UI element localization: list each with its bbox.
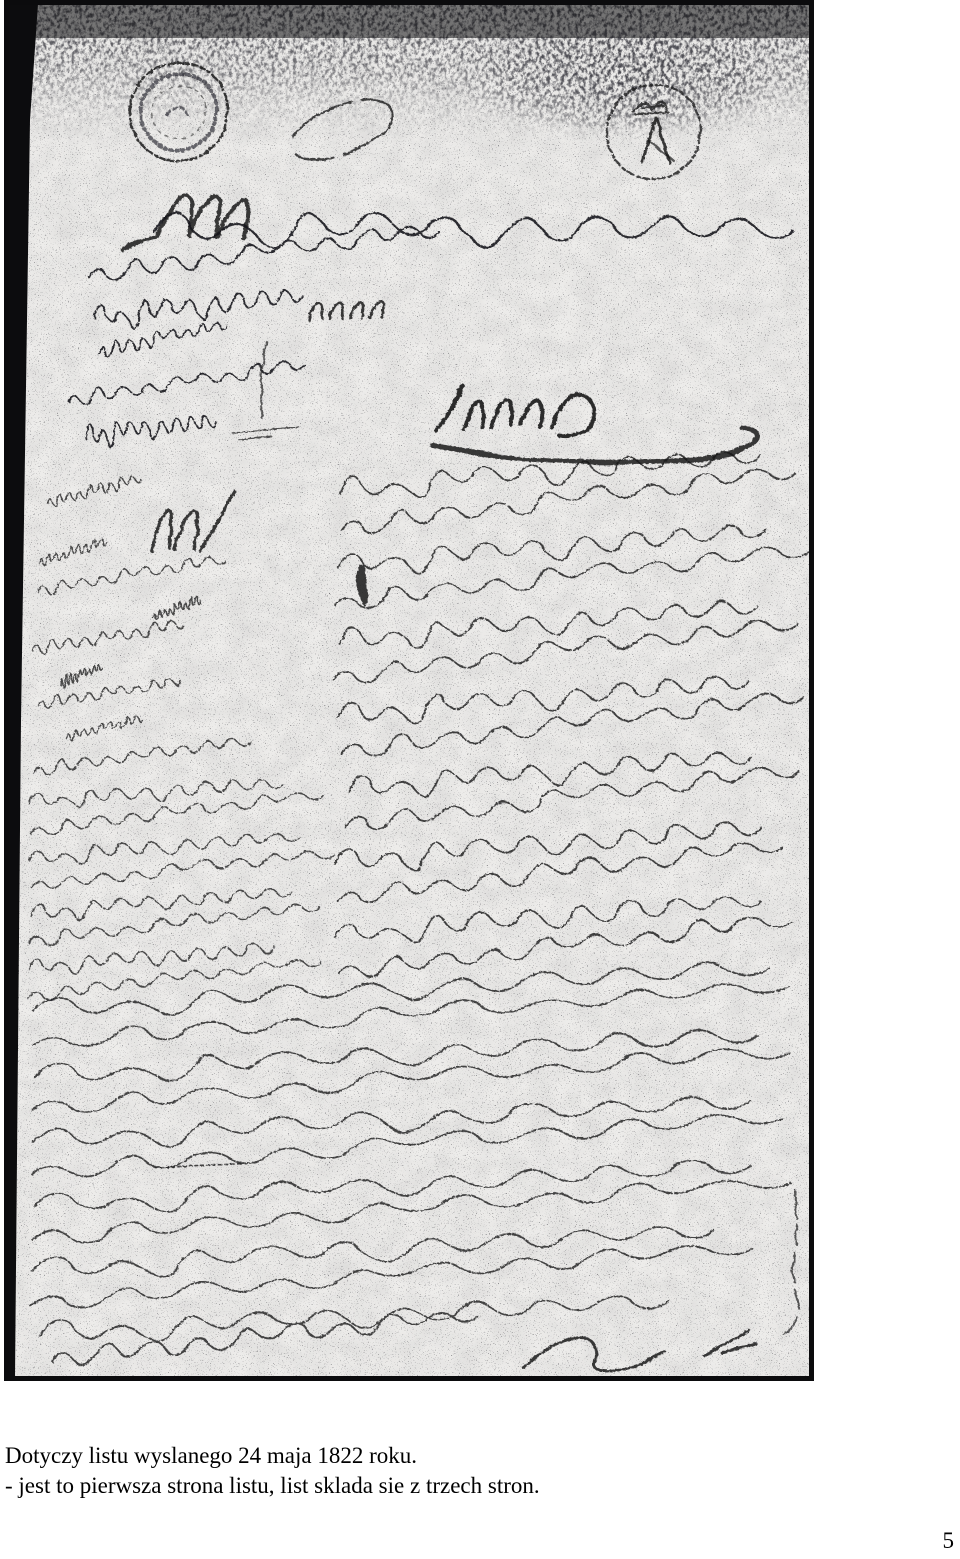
- letter-scan-svg: [4, 0, 814, 1381]
- paper-texture: [9, 4, 810, 1376]
- document-page: Dotyczy listu wyslanego 24 maja 1822 rok…: [0, 0, 960, 1559]
- letter-scan-image: [4, 0, 814, 1381]
- caption-line-1: Dotyczy listu wyslanego 24 maja 1822 rok…: [5, 1441, 865, 1471]
- caption-line-2: - jest to pierwsza strona listu, list sk…: [5, 1471, 865, 1501]
- page-number: 5: [943, 1529, 955, 1553]
- scan-caption: Dotyczy listu wyslanego 24 maja 1822 rok…: [5, 1441, 865, 1500]
